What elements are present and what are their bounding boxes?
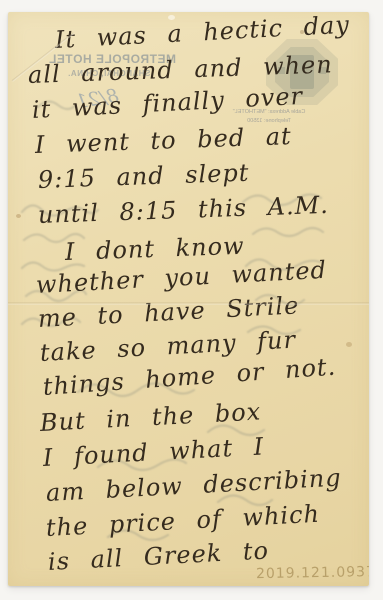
foxing-spot — [300, 30, 304, 34]
foxing-spot — [346, 342, 352, 347]
fold-crease — [8, 302, 369, 305]
paper-chip — [168, 15, 175, 20]
letter-line-3: it was finally over — [31, 82, 303, 124]
letter-line-13: I found what I — [42, 432, 265, 472]
letter-line-15: the price of which — [45, 500, 320, 542]
letter-line-5: 9:15 and slept — [38, 159, 250, 194]
letter-line-16: is all Greek to — [47, 536, 269, 576]
catalog-number: 2019.121.0937a — [256, 564, 369, 582]
letter-paper: METROPOLE HOTEL SHANGHAI, CHINA. Cable A… — [8, 12, 369, 586]
foxing-spot — [16, 214, 21, 218]
photo-background: METROPOLE HOTEL SHANGHAI, CHINA. Cable A… — [0, 0, 383, 600]
letter-line-6: until 8:15 this A.M. — [38, 191, 330, 229]
letter-line-4: I went to bed at — [35, 122, 293, 159]
letter-line-12: But in the box — [39, 397, 262, 437]
